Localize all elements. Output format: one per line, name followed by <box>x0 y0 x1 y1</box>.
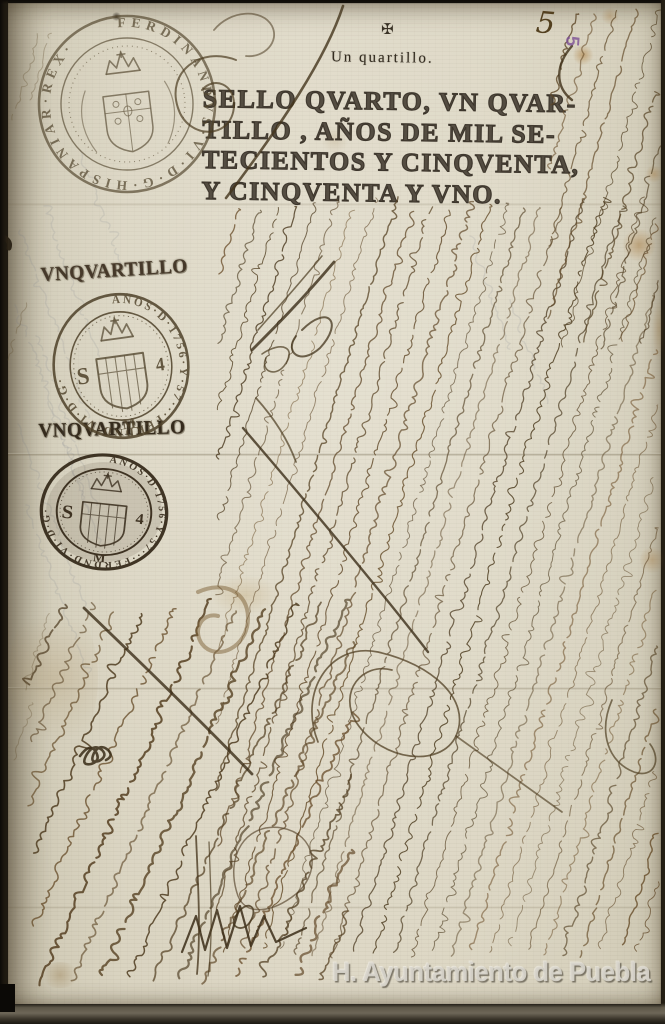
paper-stain <box>572 45 594 65</box>
paper-stain <box>600 8 620 24</box>
ink-speck <box>112 12 121 21</box>
paper-stain <box>622 228 656 262</box>
printed-sello-block: SELLO QVARTO, VN QVAR- TILLO , AÑOS DE M… <box>201 84 635 212</box>
page-number-ink: 5 <box>535 5 557 42</box>
printed-denomination: Un quartillo. <box>331 49 434 67</box>
paper-stain <box>8 598 98 758</box>
sello-line: Y CINQVENTA Y VNO. <box>201 175 633 212</box>
paper-stain <box>652 300 665 360</box>
paper-stain <box>210 575 280 615</box>
paper-stain <box>645 165 663 183</box>
scan-edge-bottom <box>0 1003 665 1024</box>
scanned-document: ✠ Un quartillo. SELLO QVARTO, VN QVAR- T… <box>0 0 665 1024</box>
archive-watermark: H. Ayuntamiento de Puebla <box>332 957 650 988</box>
paper-stain <box>40 962 80 988</box>
printer-cross-icon: ✠ <box>381 20 394 38</box>
page-number-stamp: 5 <box>560 35 583 47</box>
scan-edge-notch <box>0 984 15 1012</box>
paper-stain <box>640 545 664 575</box>
tax-stamp-label: VNQVARTILLO <box>38 416 186 443</box>
